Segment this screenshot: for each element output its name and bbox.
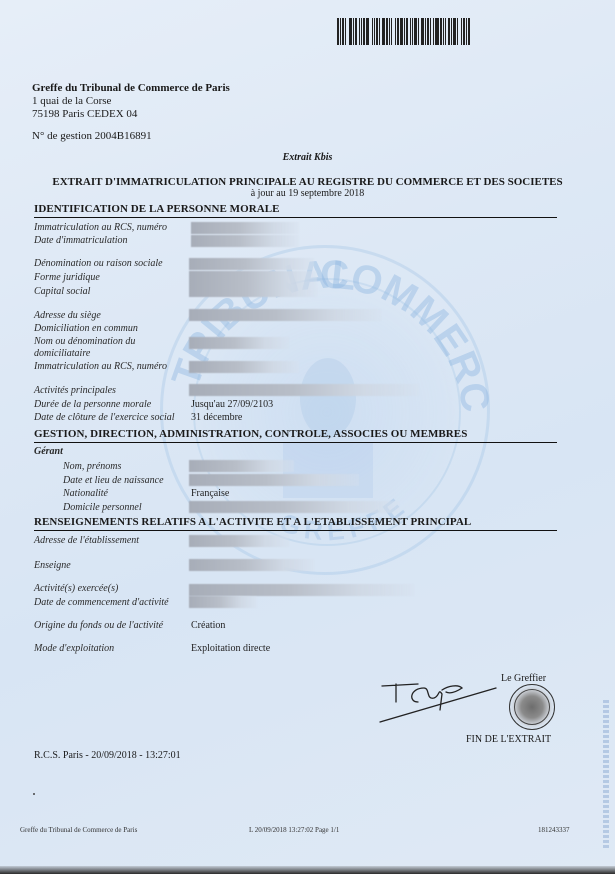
management-role: Gérant (34, 446, 63, 458)
footer-document-number: 181243337 (538, 826, 570, 835)
scan-dot (33, 793, 35, 795)
barcode-icon (337, 18, 525, 45)
field-label-establishment-address: Adresse de l'établissement (34, 535, 139, 547)
field-label-full-name: Nom, prénoms (63, 461, 121, 473)
signature-icon (378, 680, 498, 725)
issuer-address-line2: 75198 Paris CEDEX 04 (32, 108, 137, 121)
field-value-origin-of-business: Création (191, 620, 225, 632)
document-title: EXTRAIT D'IMMATRICULATION PRINCIPALE AU … (0, 176, 615, 188)
field-value-main-activities (189, 384, 419, 396)
field-label-company-name: Dénomination ou raison sociale (34, 258, 163, 270)
field-label-shared-domiciliation: Domiciliation en commun (34, 323, 138, 335)
official-seal-icon (509, 684, 555, 730)
field-value-establishment-address (189, 535, 289, 547)
footer-print-info: L 20/09/2018 13:27:02 Page 1/1 (249, 826, 339, 835)
field-value-personal-address (189, 501, 399, 513)
field-value-domiciliary-name (189, 337, 289, 349)
field-label-registration-date: Date d'immatriculation (34, 235, 128, 247)
end-of-extract: FIN DE L'EXTRAIT (466, 734, 551, 745)
field-value-head-office-address (189, 309, 381, 321)
field-value-fiscal-year-end: 31 décembre (191, 412, 242, 424)
field-label-operating-mode: Mode d'exploitation (34, 643, 114, 655)
field-label-duration: Durée de la personne morale (34, 399, 151, 411)
signer-title: Le Greffier (501, 673, 546, 684)
field-label-domiciliary-name: Nom ou dénomination du (34, 336, 135, 348)
field-value-trade-name (189, 559, 314, 571)
section-identification-title: IDENTIFICATION DE LA PERSONNE MORALE (34, 203, 557, 218)
field-value-duration: Jusqu'au 27/09/2103 (191, 399, 273, 411)
field-value-full-name (189, 460, 294, 472)
field-label-trade-name: Enseigne (34, 560, 71, 572)
field-label-personal-address: Domicile personnel (63, 502, 142, 514)
management-number: N° de gestion 2004B16891 (32, 130, 152, 143)
field-label-domiciliary-name-cont: domiciliataire (34, 348, 90, 360)
issuer-address-line1: 1 quai de la Corse (32, 95, 111, 108)
field-label-legal-form: Forme juridique (34, 272, 100, 284)
field-label-share-capital: Capital social (34, 286, 90, 298)
issuer-name: Greffe du Tribunal de Commerce de Paris (32, 82, 230, 95)
field-value-operating-mode: Exploitation directe (191, 643, 270, 655)
field-label-fiscal-year-end: Date de clôture de l'exercice social (34, 412, 175, 424)
side-security-strip (603, 700, 609, 850)
field-label-activities-exercised: Activité(s) exercée(s) (34, 583, 118, 595)
document-subtitle: Extrait Kbis (0, 152, 615, 163)
field-label-rcs-number: Immatriculation au RCS, numéro (34, 222, 167, 234)
scan-edge (0, 866, 615, 874)
footer-issuer: Greffe du Tribunal de Commerce de Paris (20, 826, 137, 835)
field-label-origin-of-business: Origine du fonds ou de l'activité (34, 620, 163, 632)
field-value-activity-start-date (189, 596, 257, 608)
rcs-stamp: R.C.S. Paris - 20/09/2018 - 13:27:01 (34, 750, 181, 761)
field-value-legal-form (189, 271, 317, 297)
field-label-domiciliary-rcs-number: Immatriculation au RCS, numéro (34, 361, 167, 373)
section-activity-title: RENSEIGNEMENTS RELATIFS A L'ACTIVITE ET … (34, 516, 557, 531)
field-label-nationality: Nationalité (63, 488, 108, 500)
field-label-main-activities: Activités principales (34, 385, 116, 397)
field-label-head-office-address: Adresse du siège (34, 310, 101, 322)
section-management-title: GESTION, DIRECTION, ADMINISTRATION, CONT… (34, 428, 557, 443)
field-label-activity-start-date: Date de commencement d'activité (34, 597, 169, 609)
field-value-activities-exercised (189, 584, 414, 596)
field-value-registration-date (191, 235, 299, 247)
field-value-nationality: Française (191, 488, 229, 500)
field-label-birth-date-place: Date et lieu de naissance (63, 475, 164, 487)
field-value-company-name (189, 258, 314, 270)
document-updated-date: à jour au 19 septembre 2018 (0, 188, 615, 199)
field-value-birth-date-place (189, 474, 359, 486)
field-value-domiciliary-rcs-number (189, 361, 299, 373)
field-value-rcs-number (191, 222, 299, 234)
